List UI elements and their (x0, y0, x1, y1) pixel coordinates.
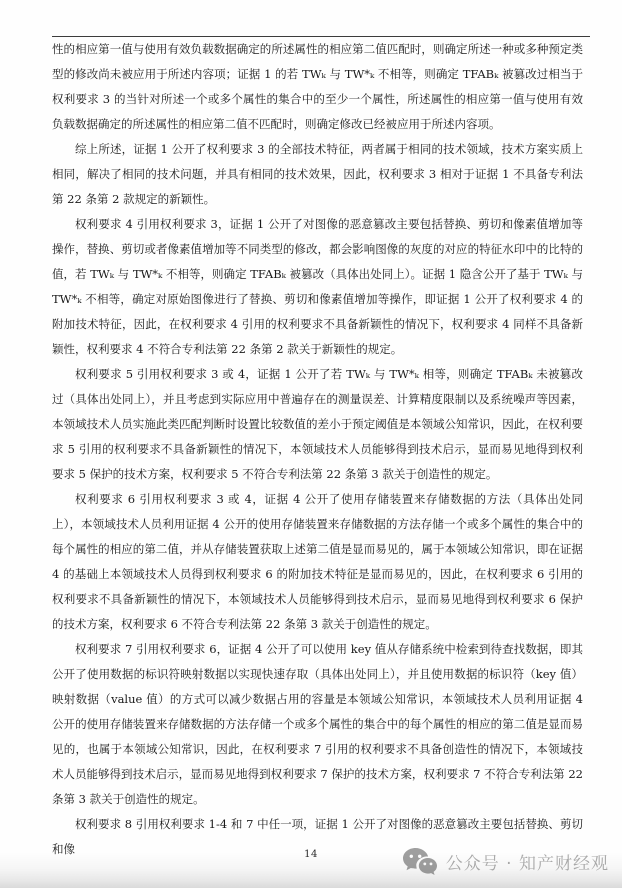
wechat-icon (403, 847, 437, 875)
body-paragraph: 性的相应第一值与使用有效负载数据确定的所述属性的相应第二值匹配时，则确定所述一种… (52, 37, 583, 137)
watermark-label: 公众号 · 知产财经观 (446, 849, 609, 874)
body-paragraph: 权利要求 4 引用权利要求 3，证据 1 公开了对图像的恶意篡改主要包括替换、剪… (52, 212, 583, 362)
document-page: 性的相应第一值与使用有效负载数据确定的所述属性的相应第二值匹配时，则确定所述一种… (0, 0, 622, 888)
body-paragraph: 权利要求 7 引用权利要求 6，证据 4 公开了可以使用 key 值从存储系统中… (52, 637, 583, 812)
document-body: 性的相应第一值与使用有效负载数据确定的所述属性的相应第二值匹配时，则确定所述一种… (52, 37, 583, 862)
watermark: 公众号 · 知产财经观 (403, 845, 609, 877)
body-paragraph: 权利要求 5 引用权利要求 3 或 4，证据 1 公开了若 TWₖ 与 TW*ₖ… (52, 362, 583, 487)
body-paragraph: 综上所述，证据 1 公开了权利要求 3 的全部技术特征，两者属于相同的技术领域，… (52, 137, 583, 212)
body-paragraph: 权利要求 6 引用权利要求 3 或 4，证据 4 公开了使用存储装置来存储数据的… (52, 487, 583, 637)
